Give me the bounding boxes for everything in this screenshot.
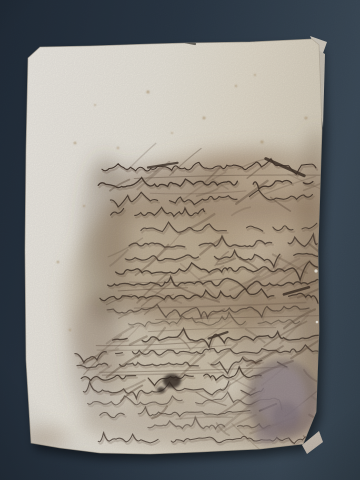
manuscript-photo-svg [0, 0, 360, 480]
film-grain [0, 0, 360, 480]
manuscript-photo [0, 0, 360, 480]
